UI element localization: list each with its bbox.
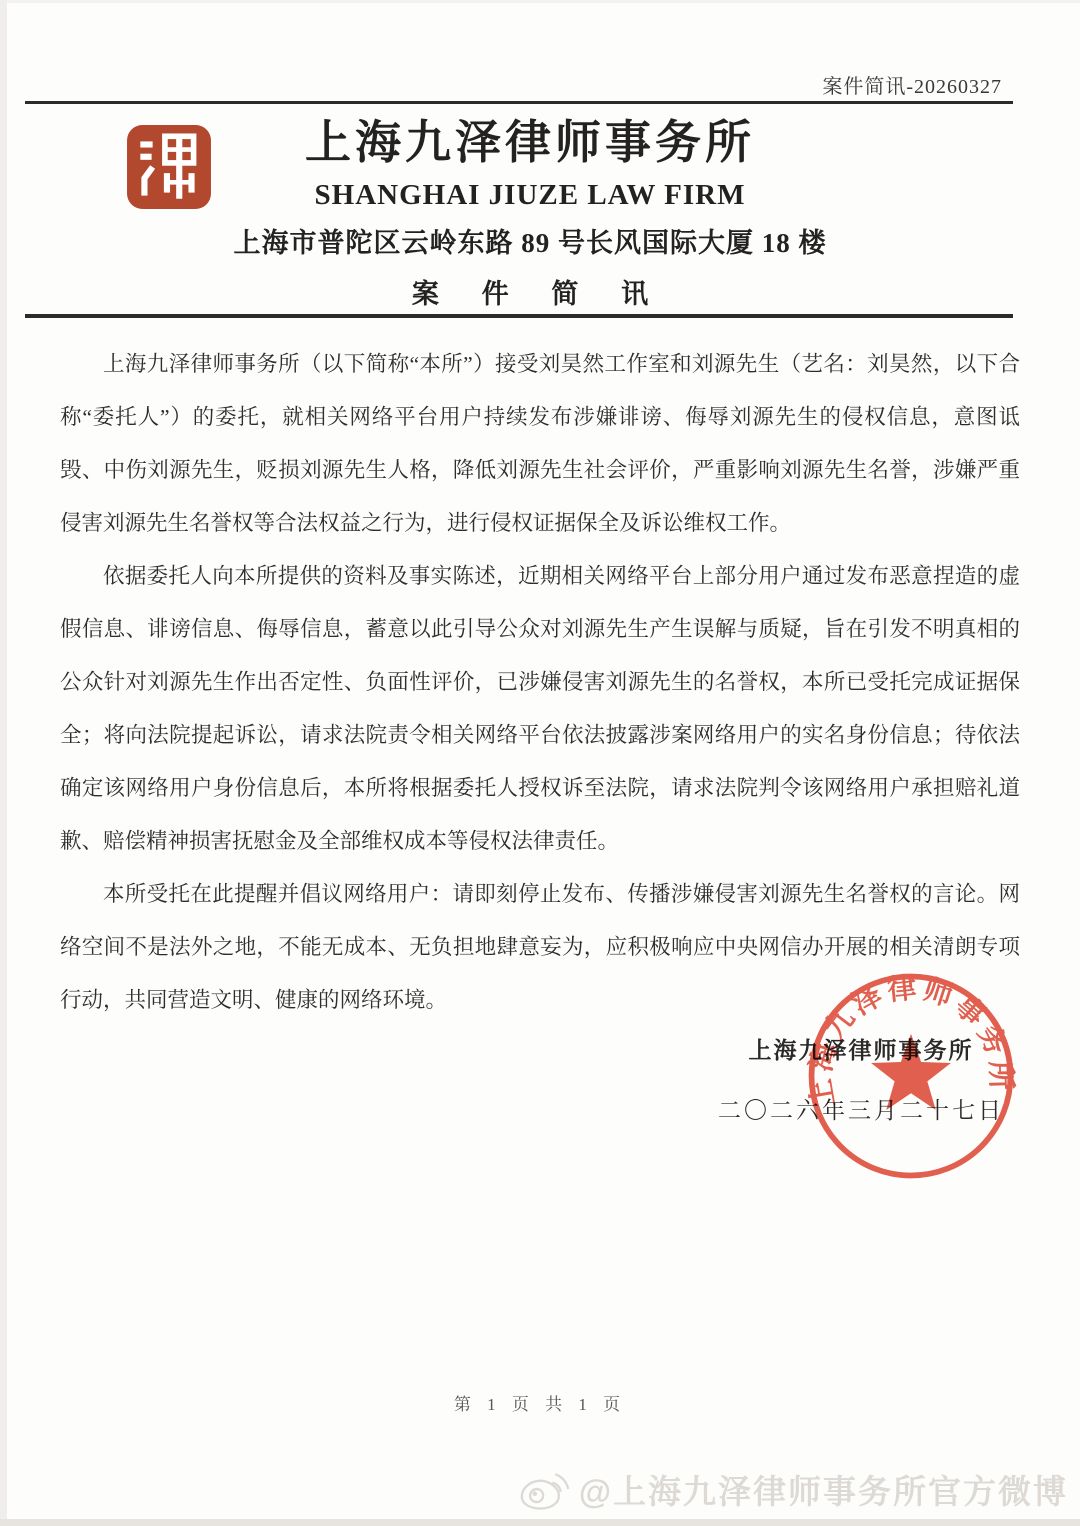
paragraph-2: 依据委托人向本所提供的资料及事实陈述，近期相关网络平台上部分用户通过发布恶意捏造… [60, 550, 1020, 868]
scan-edge-bottom [0, 1519, 1080, 1526]
signature-block: 上海九泽律师事务所 二〇二六年三月二十七日 [718, 1032, 1004, 1125]
page-number: 第 1 页 共 1 页 [0, 1390, 1080, 1415]
signature-date: 二〇二六年三月二十七日 [718, 1092, 1004, 1125]
weibo-watermark: @上海九泽律师事务所官方微博 [519, 1466, 1068, 1513]
document-body: 上海九泽律师事务所（以下简称“本所”）接受刘昊然工作室和刘源先生（艺名：刘昊然，… [60, 338, 1020, 1027]
paragraph-3: 本所受托在此提醒并倡议网络用户：请即刻停止发布、传播涉嫌侵害刘源先生名誉权的言论… [60, 868, 1020, 1027]
scan-edge-top [0, 0, 1080, 3]
firm-name-en: SHANGHAI JIUZE LAW FIRM [0, 179, 1060, 212]
document-page: 案件简讯-20260327 泽 上海九泽律师事务所 SHANGHAI JIUZE… [0, 0, 1080, 1526]
weibo-icon [519, 1468, 571, 1512]
letterhead: 上海九泽律师事务所 SHANGHAI JIUZE LAW FIRM 上海市普陀区… [0, 118, 1060, 311]
weibo-handle: @上海九泽律师事务所官方微博 [579, 1466, 1068, 1513]
signature-firm: 上海九泽律师事务所 [718, 1032, 1004, 1065]
firm-name-cn: 上海九泽律师事务所 [0, 118, 1060, 169]
firm-address: 上海市普陀区云岭东路 89 号长风国际大厦 18 楼 [0, 221, 1060, 260]
title-rule [25, 314, 1013, 318]
header-rule [25, 101, 1013, 104]
document-reference: 案件简讯-20260327 [822, 70, 1002, 99]
document-title: 案 件 简 讯 [0, 272, 1060, 311]
paragraph-1: 上海九泽律师事务所（以下简称“本所”）接受刘昊然工作室和刘源先生（艺名：刘昊然，… [60, 338, 1020, 550]
